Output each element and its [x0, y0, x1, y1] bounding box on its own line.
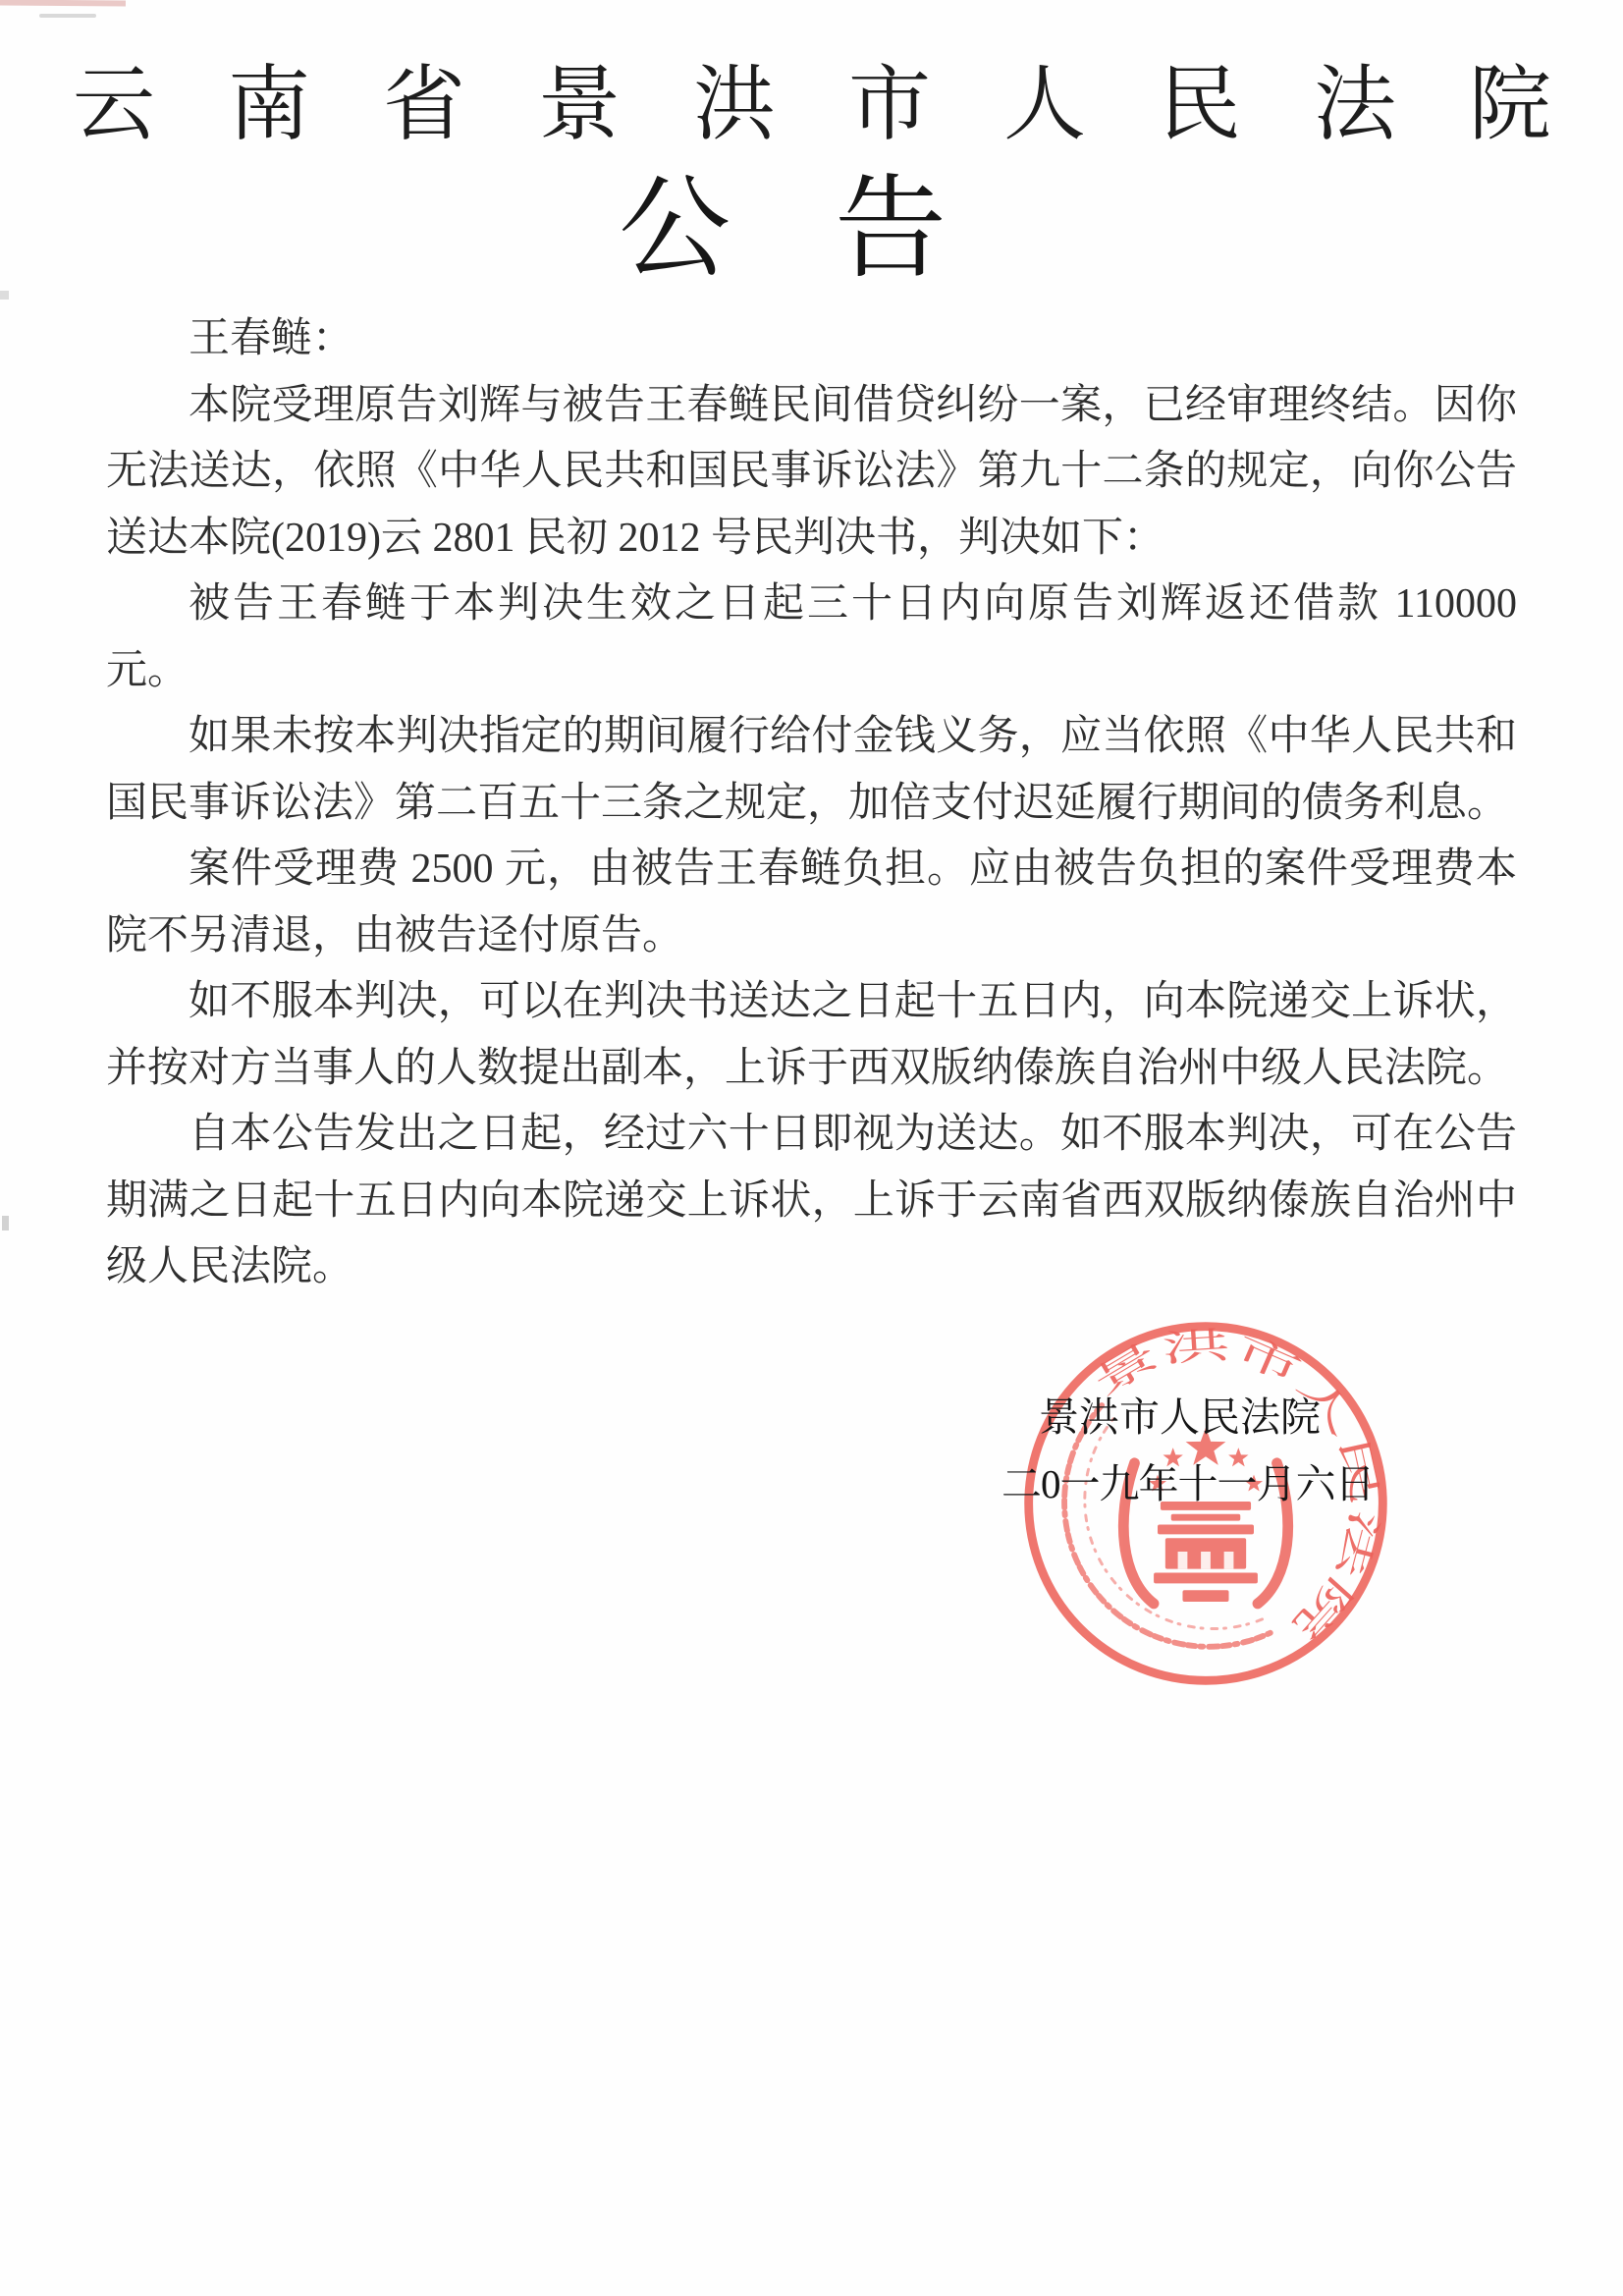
- body-paragraph: 如不服本判决，可以在判决书送达之日起十五日内，向本院递交上诉状，并按对方当事人的…: [106, 969, 1517, 1102]
- addressee: 王春鲢：: [106, 306, 1517, 373]
- body-paragraph: 被告王春鲢于本判决生效之日起三十日内向原告刘辉返还借款 110000 元。: [106, 572, 1517, 704]
- body-paragraph: 本院受理原告刘辉与被告王春鲢民间借贷纠纷一案，已经审理终结。因你无法送达，依照《…: [106, 373, 1517, 573]
- body-paragraph: 自本公告发出之日起，经过六十日即视为送达。如不服本判决，可在公告期满之日起十五日…: [106, 1102, 1517, 1301]
- scan-artifact: [0, 0, 126, 6]
- court-title: 云南省景洪市人民法院: [73, 57, 1551, 155]
- scan-artifact: [39, 14, 96, 18]
- national-emblem-icon: [1123, 1428, 1287, 1604]
- announcement-title: 公告: [619, 165, 947, 295]
- court-announcement-page: 云南省景洪市人民法院 公告 王春鲢： 本院受理原告刘辉与被告王春鲢民间借贷纠纷一…: [0, 0, 1623, 2296]
- scan-artifact: [0, 291, 9, 300]
- dai-script-arc-inner: [1085, 1419, 1268, 1629]
- announcement-body: 王春鲢： 本院受理原告刘辉与被告王春鲢民间借贷纠纷一案，已经审理终结。因你无法送…: [106, 306, 1517, 1301]
- scan-artifact: [2, 1216, 9, 1230]
- body-paragraph: 如果未按本判决指定的期间履行给付金钱义务，应当依照《中华人民共和国民事诉讼法》第…: [106, 704, 1517, 837]
- signature-court-name: 景洪市人民法院: [1039, 1394, 1432, 1441]
- signature-date: 二0一九年十一月六日: [1001, 1460, 1375, 1507]
- body-paragraph: 案件受理费 2500 元，由被告王春鲢负担。应由被告负担的案件受理费本院不另清退…: [106, 837, 1517, 969]
